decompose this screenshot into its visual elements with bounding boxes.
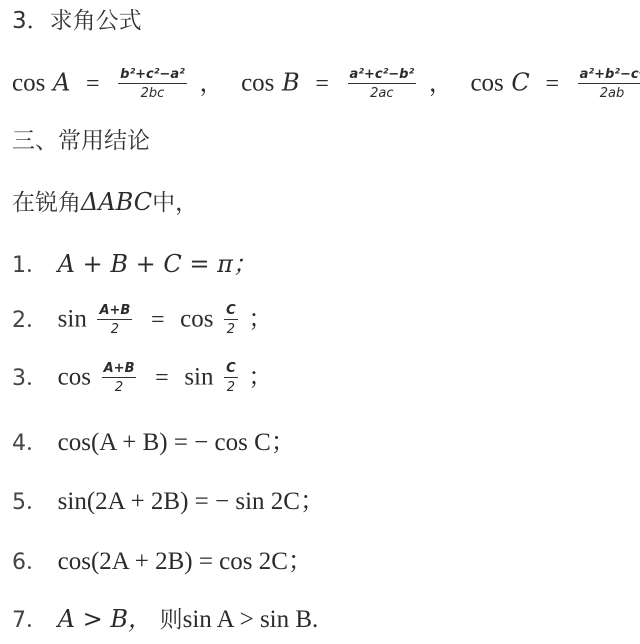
denominator: 2 (111, 320, 119, 336)
fraction-a-plus-b-over-2: A+B 2 (97, 304, 132, 336)
equals: = (315, 71, 329, 97)
cosine-formulas-row: cos A = b²+c²−a² 2bc ， cos B = a²+c²−b² … (12, 68, 640, 100)
item-conclusion: sin A > sin B. (183, 606, 319, 633)
numerator: C (224, 362, 238, 378)
item-formula: A + B + C = π； (58, 250, 257, 278)
denominator: 2ab (600, 84, 625, 100)
separator: ， (199, 69, 223, 97)
sin-fn: sin (184, 364, 213, 391)
equals: = (545, 71, 559, 97)
denominator: 2 (227, 320, 235, 336)
conclusion-item-3: 3． cos A+B 2 = sin C 2 ； (12, 362, 272, 394)
item-number: 7． (12, 610, 50, 632)
section-heading-common-conclusions: 三、常用结论 (12, 130, 150, 153)
cos-fn: cos (180, 306, 213, 333)
numerator: b²+c²−a² (118, 68, 187, 84)
cos-c-fraction: a²+b²−c² 2ab (578, 68, 640, 100)
numerator: A+B (97, 304, 132, 320)
section-heading-angle-formulas: 3．求角公式 (12, 10, 142, 33)
then-word: 则 (160, 607, 183, 633)
equals: = (86, 71, 100, 97)
intro-prefix: 在锐角 (12, 190, 81, 216)
denominator: 2 (227, 378, 235, 394)
cos-b-fn: cos (241, 70, 274, 97)
fraction-a-plus-b-over-2: A+B 2 (102, 362, 137, 394)
sin-fn: sin (58, 306, 87, 333)
cos-c-var: C (511, 69, 529, 97)
conclusion-item-5: 5． sin(2A + 2B) = − sin 2C； (12, 489, 325, 514)
fraction-c-over-2: C 2 (224, 362, 238, 394)
conclusion-item-4: 4． cos(A + B) = − cos C； (12, 430, 296, 455)
conclusion-item-2: 2． sin A+B 2 = cos C 2 ； (12, 304, 272, 336)
numerator: a²+c²−b² (348, 68, 417, 84)
intro-acute-triangle: 在锐角ΔABC中， (12, 190, 198, 215)
cos-a-fraction: b²+c²−a² 2bc (118, 68, 187, 100)
triangle-abc: ΔABC (81, 188, 152, 216)
cos-fn: cos (58, 364, 91, 391)
cos-a-fn: cos (12, 70, 45, 97)
denominator: 2 (115, 378, 123, 394)
item-condition: A > B， (58, 605, 152, 633)
item-number: 3． (12, 368, 50, 390)
separator: ， (429, 69, 453, 97)
semicolon: ； (248, 305, 272, 333)
conclusion-item-1: 1． A + B + C = π； (12, 252, 257, 277)
numerator: C (224, 304, 238, 320)
conclusion-item-7: 7． A > B， 则sin A > sin B. (12, 607, 318, 632)
semicolon: ； (248, 363, 272, 391)
item-number: 5． (12, 492, 50, 514)
numerator: a²+b²−c² (578, 68, 640, 84)
item-number: 1． (12, 255, 50, 277)
item-formula: cos(A + B) = − cos C； (58, 429, 296, 456)
equals: = (155, 365, 169, 391)
item-number: 4． (12, 433, 50, 455)
equals: = (151, 307, 165, 333)
item-formula: cos(2A + 2B) = cos 2C； (58, 548, 313, 575)
intro-suffix: 中， (152, 190, 198, 216)
item-formula: sin(2A + 2B) = − sin 2C； (58, 488, 325, 515)
denominator: 2bc (141, 84, 165, 100)
item-number: 2． (12, 310, 50, 332)
numerator: A+B (102, 362, 137, 378)
conclusion-item-6: 6． cos(2A + 2B) = cos 2C； (12, 549, 313, 574)
cos-a-var: A (53, 69, 70, 97)
item-number: 6． (12, 552, 50, 574)
cos-c-fn: cos (470, 70, 503, 97)
fraction-c-over-2: C 2 (224, 304, 238, 336)
cos-b-fraction: a²+c²−b² 2ac (348, 68, 417, 100)
cos-b-var: B (282, 69, 300, 97)
denominator: 2ac (370, 84, 393, 100)
